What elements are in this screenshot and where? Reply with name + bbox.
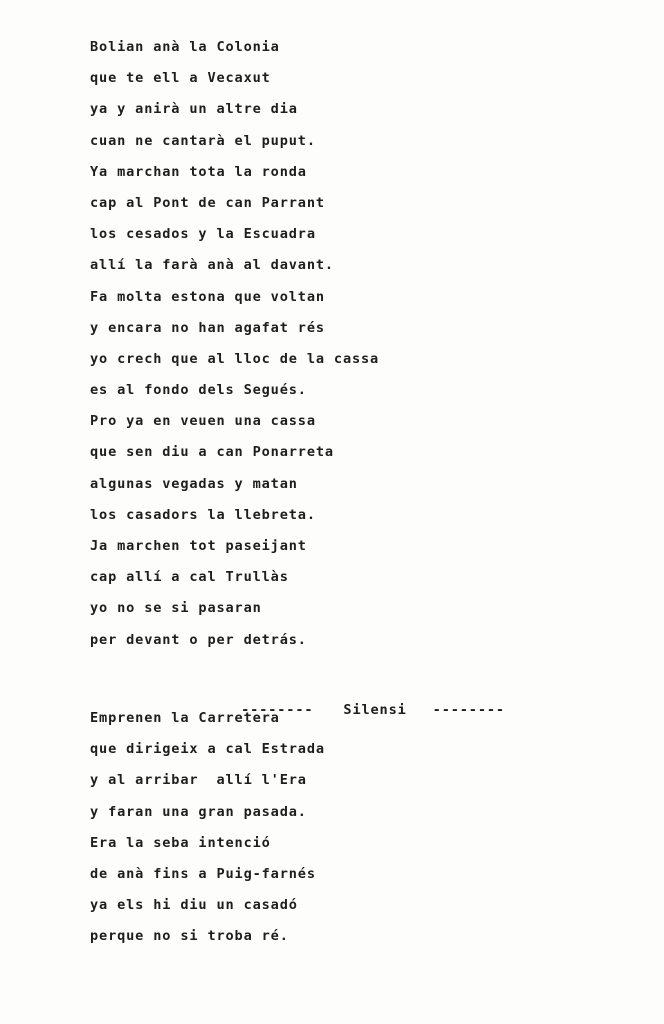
poem-line: Fa molta estona que voltan	[90, 286, 379, 317]
poem-line: yo no se si pasaran	[90, 597, 379, 628]
divider-dashes-right: --------	[433, 699, 505, 721]
poem-line: Pro ya en veuen una cassa	[90, 410, 379, 441]
poem-line: per devant o per detrás.	[90, 629, 379, 660]
poem-line: que te ell a Vecaxut	[90, 67, 379, 98]
poem-line: Emprenen la Carretera	[90, 707, 325, 738]
poem-line: allí la farà anà al davant.	[90, 254, 379, 285]
poem-line: Bolian anà la Colonia	[90, 36, 379, 67]
poem-line: los cesados y la Escuadra	[90, 223, 379, 254]
poem-line: Ja marchen tot paseijant	[90, 535, 379, 566]
poem-line: cuan ne cantarà el puput.	[90, 130, 379, 161]
poem-line: y encara no han agafat rés	[90, 317, 379, 348]
poem-section-1: Bolian anà la Colonia que te ell a Vecax…	[90, 36, 379, 660]
poem-line: que dirigeix a cal Estrada	[90, 738, 325, 769]
poem-line: es al fondo dels Segués.	[90, 379, 379, 410]
poem-line: ya els hi diu un casadó	[90, 894, 325, 925]
document-page: Bolian anà la Colonia que te ell a Vecax…	[0, 0, 664, 1024]
poem-line: y al arribar allí l'Era	[90, 769, 325, 800]
poem-line: que sen diu a can Ponarreta	[90, 441, 379, 472]
poem-line: Ya marchan tota la ronda	[90, 161, 379, 192]
poem-line: de anà fins a Puig-farnés	[90, 863, 325, 894]
poem-line: yo crech que al lloc de la cassa	[90, 348, 379, 379]
poem-section-2: Emprenen la Carretera que dirigeix a cal…	[90, 707, 325, 957]
poem-line: cap allí a cal Trullàs	[90, 566, 379, 597]
poem-line: algunas vegadas y matan	[90, 473, 379, 504]
poem-line: perque no si troba ré.	[90, 925, 325, 956]
poem-line: cap al Pont de can Parrant	[90, 192, 379, 223]
divider-label: Silensi	[343, 699, 406, 721]
poem-line: y faran una gran pasada.	[90, 801, 325, 832]
poem-line: Era la seba intenció	[90, 832, 325, 863]
poem-line: los casadors la llebreta.	[90, 504, 379, 535]
poem-line: ya y anirà un altre dia	[90, 98, 379, 129]
